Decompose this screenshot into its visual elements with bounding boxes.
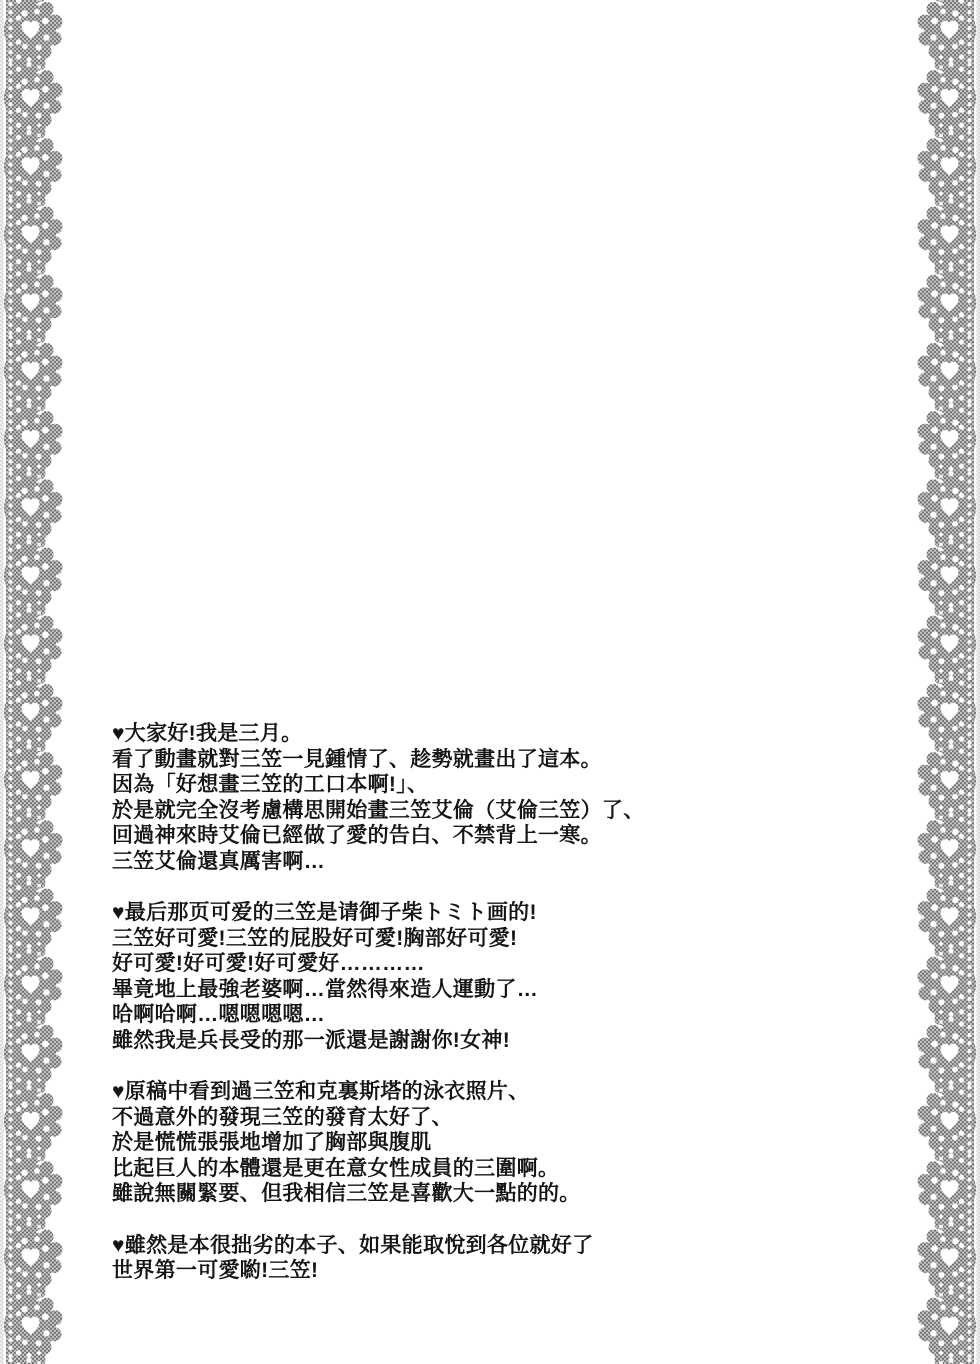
afterword-line: 三笠艾倫還真厲害啊…: [112, 849, 892, 875]
afterword-line: 看了動畫就對三笠一見鍾情了、趁勢就畫出了這本。: [112, 747, 892, 773]
afterword-line: ♥大家好!我是三月。: [112, 721, 892, 747]
afterword-line: 於是慌慌張張地增加了胸部與腹肌: [112, 1130, 892, 1156]
afterword-line: ♥雖然是本很拙劣的本子、如果能取悅到各位就好了: [112, 1233, 892, 1259]
afterword-line: 世界第一可愛喲!三笠!: [112, 1258, 892, 1284]
lace-border-right: [912, 0, 980, 1364]
afterword-line: 雖然我是兵長受的那一派還是謝謝你!女神!: [112, 1028, 892, 1054]
afterword-line: 回過神來時艾倫已經做了愛的告白、不禁背上一寒。: [112, 823, 892, 849]
afterword-paragraph: ♥最后那页可爱的三笠是请御子柴トミト画的!三笠好可愛!三笠的屁股好可愛!胸部好可…: [112, 900, 892, 1053]
afterword-line: 三笠好可愛!三笠的屁股好可愛!胸部好可愛!: [112, 926, 892, 952]
afterword-line: 雖說無關緊要、但我相信三笠是喜歡大一點的的。: [112, 1181, 892, 1207]
afterword-line: 畢竟地上最強老婆啊…當然得來造人運動了…: [112, 977, 892, 1003]
afterword-line: 於是就完全沒考慮構思開始畫三笠艾倫（艾倫三笠）了、: [112, 798, 892, 824]
afterword-line: 好可愛!好可愛!好可愛好…………: [112, 951, 892, 977]
page: ♥大家好!我是三月。看了動畫就對三笠一見鍾情了、趁勢就畫出了這本。因為「好想畫三…: [0, 0, 980, 1364]
afterword-paragraph: ♥原稿中看到過三笠和克裏斯塔的泳衣照片、不過意外的發現三笠的發育太好了、於是慌慌…: [112, 1079, 892, 1207]
afterword-line: 哈啊哈啊…嗯嗯嗯嗯…: [112, 1002, 892, 1028]
lace-border-left: [0, 0, 68, 1364]
afterword-text: ♥大家好!我是三月。看了動畫就對三笠一見鍾情了、趁勢就畫出了這本。因為「好想畫三…: [112, 721, 892, 1284]
afterword-paragraph: ♥雖然是本很拙劣的本子、如果能取悅到各位就好了世界第一可愛喲!三笠!: [112, 1233, 892, 1284]
afterword-line: 因為「好想畫三笠的工口本啊!」、: [112, 772, 892, 798]
afterword-line: 比起巨人的本體還是更在意女性成員的三圍啊。: [112, 1156, 892, 1182]
afterword-line: 不過意外的發現三笠的發育太好了、: [112, 1105, 892, 1131]
afterword-line: ♥原稿中看到過三笠和克裏斯塔的泳衣照片、: [112, 1079, 892, 1105]
afterword-line: ♥最后那页可爱的三笠是请御子柴トミト画的!: [112, 900, 892, 926]
afterword-paragraph: ♥大家好!我是三月。看了動畫就對三笠一見鍾情了、趁勢就畫出了這本。因為「好想畫三…: [112, 721, 892, 874]
